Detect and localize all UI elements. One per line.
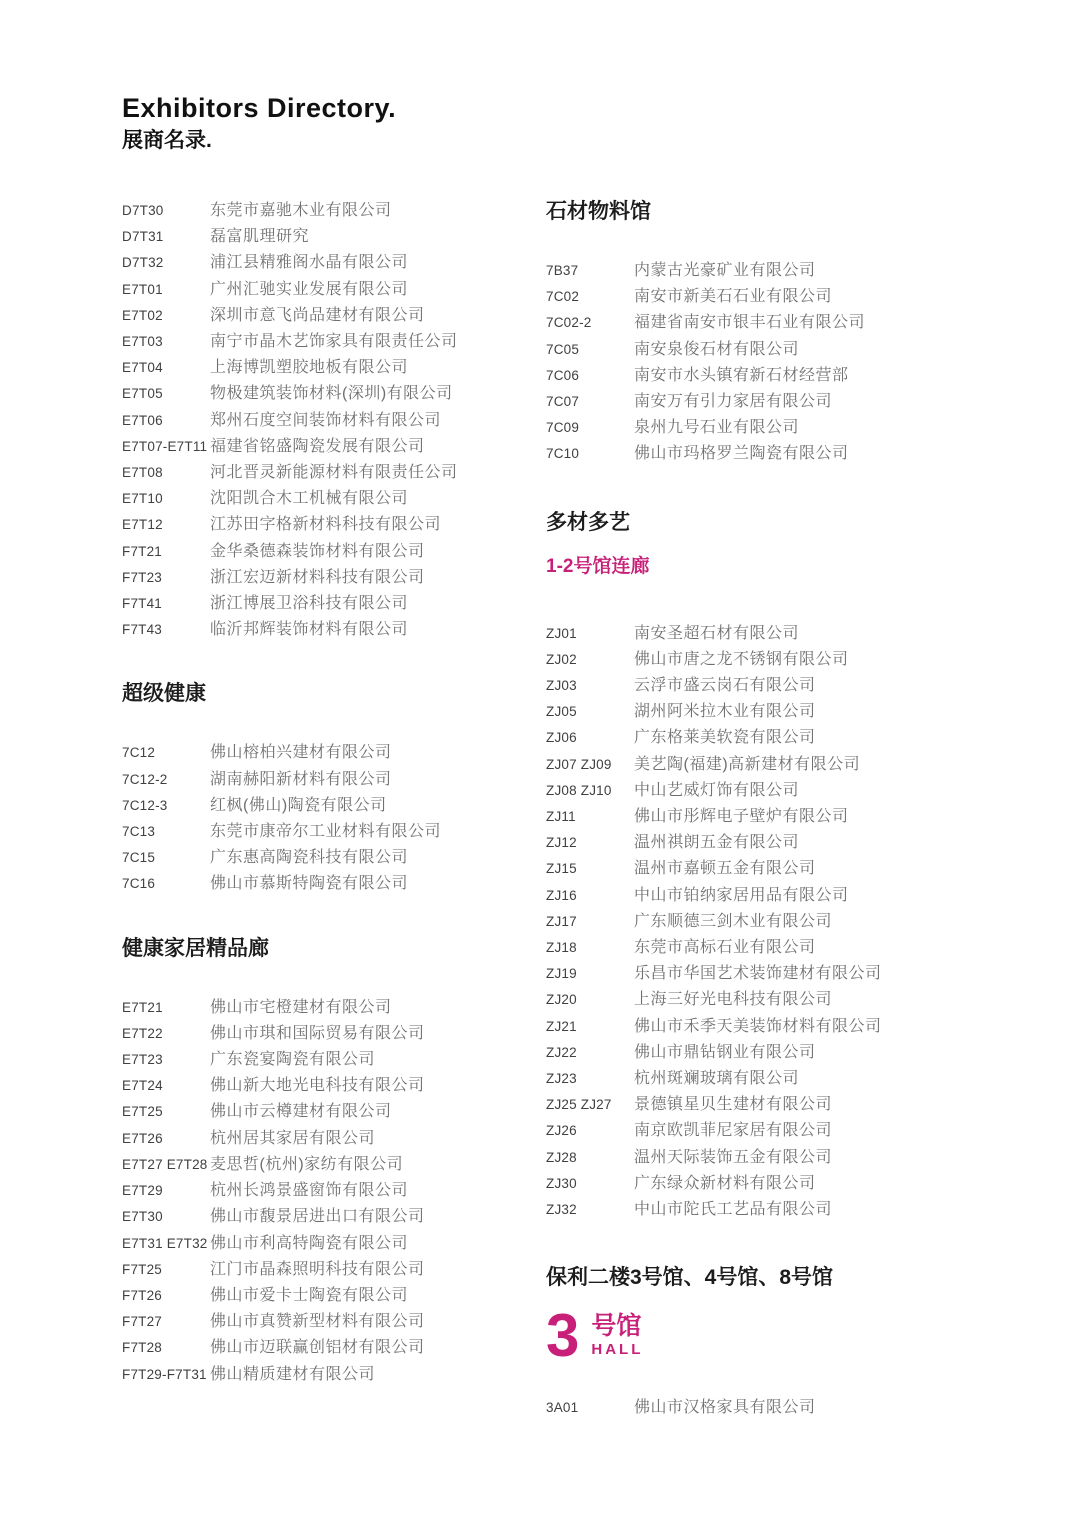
entry-row: ZJ07 ZJ09美艺陶(福建)高新建材有限公司 [546, 752, 1046, 778]
booth-code: ZJ15 [546, 856, 634, 882]
booth-code: E7T03 [122, 329, 210, 355]
directory-section: 健康家居精品廊E7T21佛山市宅橙建材有限公司E7T22佛山市琪和国际贸易有限公… [122, 934, 552, 1388]
company-name: 温州天际装饰五金有限公司 [634, 1145, 832, 1171]
company-name: 佛山市汉格家具有限公司 [634, 1395, 816, 1421]
entry-row: 7C16佛山市慕斯特陶瓷有限公司 [122, 871, 552, 897]
entry-row: E7T01广州汇驰实业发展有限公司 [122, 277, 552, 303]
booth-code: F7T41 [122, 591, 210, 617]
entry-row: ZJ15温州市嘉顿五金有限公司 [546, 856, 1046, 882]
booth-code: 7C10 [546, 441, 634, 467]
entry-row: ZJ16中山市铂纳家居用品有限公司 [546, 883, 1046, 909]
entry-row: ZJ19乐昌市华国艺术装饰建材有限公司 [546, 961, 1046, 987]
company-name: 南京欧凯菲尼家居有限公司 [634, 1118, 832, 1144]
company-name: 东莞市嘉驰木业有限公司 [210, 198, 392, 224]
left-sections: D7T30东莞市嘉驰木业有限公司D7T31磊富肌理研究D7T32浦江县精雅阁水晶… [122, 198, 552, 1388]
entry-row: E7T02深圳市意飞尚品建材有限公司 [122, 303, 552, 329]
company-name: 广东顺德三剑木业有限公司 [634, 909, 832, 935]
company-name: 南安市水头镇宥新石材经营部 [634, 363, 849, 389]
company-name: 佛山市宅橙建材有限公司 [210, 995, 392, 1021]
entry-row: E7T31 E7T32佛山市利高特陶瓷有限公司 [122, 1231, 552, 1257]
company-name: 南安市新美石石业有限公司 [634, 284, 832, 310]
entry-row: F7T29-F7T31佛山精质建材有限公司 [122, 1362, 552, 1388]
company-name: 佛山市真赞新型材料有限公司 [210, 1309, 425, 1335]
booth-code: 7B37 [546, 258, 634, 284]
entry-list: E7T21佛山市宅橙建材有限公司E7T22佛山市琪和国际贸易有限公司E7T23广… [122, 995, 552, 1388]
entry-row: 7C12-3红枫(佛山)陶瓷有限公司 [122, 793, 552, 819]
booth-code: ZJ01 [546, 621, 634, 647]
entry-row: ZJ23杭州斑斓玻璃有限公司 [546, 1066, 1046, 1092]
company-name: 内蒙古光豪矿业有限公司 [634, 258, 816, 284]
directory-section: 石材物料馆7B37内蒙古光豪矿业有限公司7C02南安市新美石石业有限公司7C02… [546, 197, 1046, 468]
entry-list: ZJ01南安圣超石材有限公司ZJ02佛山市唐之龙不锈钢有限公司ZJ03云浮市盛云… [546, 621, 1046, 1224]
booth-code: ZJ06 [546, 725, 634, 751]
entry-row: D7T30东莞市嘉驰木业有限公司 [122, 198, 552, 224]
booth-code: E7T27 E7T28 [122, 1152, 210, 1178]
booth-code: 7C05 [546, 337, 634, 363]
entry-list: 7C12佛山榕柏兴建材有限公司7C12-2湖南赫阳新材料有限公司7C12-3红枫… [122, 740, 552, 897]
entry-row: ZJ01南安圣超石材有限公司 [546, 621, 1046, 647]
booth-code: E7T23 [122, 1047, 210, 1073]
company-name: 佛山市慕斯特陶瓷有限公司 [210, 871, 408, 897]
company-name: 东莞市康帝尔工业材料有限公司 [210, 819, 441, 845]
booth-code: 7C02-2 [546, 310, 634, 336]
company-name: 杭州居其家居有限公司 [210, 1126, 375, 1152]
booth-code: ZJ30 [546, 1171, 634, 1197]
company-name: 云浮市盛云岗石有限公司 [634, 673, 816, 699]
company-name: 浙江博展卫浴科技有限公司 [210, 591, 408, 617]
left-column: Exhibitors Directory. 展商名录. D7T30东莞市嘉驰木业… [122, 92, 552, 1388]
company-name: 美艺陶(福建)高新建材有限公司 [634, 752, 860, 778]
company-name: 物极建筑装饰材料(深圳)有限公司 [210, 381, 453, 407]
entry-row: F7T28佛山市迈联赢创铝材有限公司 [122, 1335, 552, 1361]
booth-code: D7T31 [122, 224, 210, 250]
company-name: 温州祺朗五金有限公司 [634, 830, 799, 856]
right-column: 石材物料馆7B37内蒙古光豪矿业有限公司7C02南安市新美石石业有限公司7C02… [546, 92, 1046, 1422]
entry-row: ZJ26南京欧凯菲尼家居有限公司 [546, 1118, 1046, 1144]
booth-code: ZJ23 [546, 1066, 634, 1092]
company-name: 佛山市琪和国际贸易有限公司 [210, 1021, 425, 1047]
entry-row: E7T23广东瓷宴陶瓷有限公司 [122, 1047, 552, 1073]
entry-row: ZJ17广东顺德三剑木业有限公司 [546, 909, 1046, 935]
company-name: 金华桑德森装饰材料有限公司 [210, 539, 425, 565]
company-name: 磊富肌理研究 [210, 224, 309, 250]
company-name: 景德镇星贝生建材有限公司 [634, 1092, 832, 1118]
booth-code: 7C09 [546, 415, 634, 441]
entry-row: ZJ05湖州阿米拉木业有限公司 [546, 699, 1046, 725]
booth-code: 7C02 [546, 284, 634, 310]
company-name: 中山市陀氏工艺品有限公司 [634, 1197, 832, 1223]
directory-section: D7T30东莞市嘉驰木业有限公司D7T31磊富肌理研究D7T32浦江县精雅阁水晶… [122, 198, 552, 643]
entry-row: F7T25江门市晶森照明科技有限公司 [122, 1257, 552, 1283]
booth-code: F7T21 [122, 539, 210, 565]
entry-row: ZJ18东莞市高标石业有限公司 [546, 935, 1046, 961]
booth-code: ZJ17 [546, 909, 634, 935]
entry-row: E7T30佛山市馥景居进出口有限公司 [122, 1204, 552, 1230]
company-name: 浙江宏迈新材料科技有限公司 [210, 565, 425, 591]
right-sections: 石材物料馆7B37内蒙古光豪矿业有限公司7C02南安市新美石石业有限公司7C02… [546, 197, 1046, 1422]
company-name: 中山艺威灯饰有限公司 [634, 778, 799, 804]
company-name: 郑州石度空间装饰材料有限公司 [210, 408, 441, 434]
booth-code: ZJ08 ZJ10 [546, 778, 634, 804]
company-name: 佛山市禾季天美装饰材料有限公司 [634, 1014, 882, 1040]
company-name: 东莞市高标石业有限公司 [634, 935, 816, 961]
company-name: 佛山市彤辉电子壁炉有限公司 [634, 804, 849, 830]
booth-code: E7T26 [122, 1126, 210, 1152]
entry-row: ZJ30广东绿众新材料有限公司 [546, 1171, 1046, 1197]
entry-row: ZJ06广东格莱美软瓷有限公司 [546, 725, 1046, 751]
entry-row: E7T07-E7T11福建省铭盛陶瓷发展有限公司 [122, 434, 552, 460]
entry-row: E7T25佛山市云樽建材有限公司 [122, 1099, 552, 1125]
booth-code: ZJ16 [546, 883, 634, 909]
booth-code: E7T02 [122, 303, 210, 329]
booth-code: D7T32 [122, 250, 210, 276]
hall-badge: 3号馆HALL [546, 1310, 1046, 1362]
company-name: 佛山新大地光电科技有限公司 [210, 1073, 425, 1099]
company-name: 广东瓷宴陶瓷有限公司 [210, 1047, 375, 1073]
entry-row: 7C15广东惠高陶瓷科技有限公司 [122, 845, 552, 871]
booth-code: D7T30 [122, 198, 210, 224]
entry-row: ZJ32中山市陀氏工艺品有限公司 [546, 1197, 1046, 1223]
directory-section: 保利二楼3号馆、4号馆、8号馆3号馆HALL3A01佛山市汉格家具有限公司 [546, 1263, 1046, 1421]
entry-row: ZJ21佛山市禾季天美装饰材料有限公司 [546, 1014, 1046, 1040]
company-name: 湖州阿米拉木业有限公司 [634, 699, 816, 725]
entry-row: F7T26佛山市爱卡士陶瓷有限公司 [122, 1283, 552, 1309]
booth-code: F7T25 [122, 1257, 210, 1283]
booth-code: E7T29 [122, 1178, 210, 1204]
entry-row: E7T05物极建筑装饰材料(深圳)有限公司 [122, 381, 552, 407]
booth-code: E7T10 [122, 486, 210, 512]
company-name: 江苏田字格新材料科技有限公司 [210, 512, 441, 538]
company-name: 广东格莱美软瓷有限公司 [634, 725, 816, 751]
hall-sublabel: HALL [591, 1340, 643, 1360]
entry-row: D7T31磊富肌理研究 [122, 224, 552, 250]
booth-code: ZJ32 [546, 1197, 634, 1223]
section-title: 石材物料馆 [546, 197, 1046, 227]
company-name: 佛山精质建材有限公司 [210, 1362, 375, 1388]
page-header: Exhibitors Directory. 展商名录. [122, 92, 552, 156]
booth-code: ZJ19 [546, 961, 634, 987]
entry-row: E7T10沈阳凯合木工机械有限公司 [122, 486, 552, 512]
entry-row: ZJ08 ZJ10中山艺威灯饰有限公司 [546, 778, 1046, 804]
company-name: 广州汇驰实业发展有限公司 [210, 277, 408, 303]
company-name: 佛山市爱卡士陶瓷有限公司 [210, 1283, 408, 1309]
booth-code: E7T22 [122, 1021, 210, 1047]
booth-code: ZJ07 ZJ09 [546, 752, 634, 778]
entry-row: F7T27佛山市真赞新型材料有限公司 [122, 1309, 552, 1335]
entry-row: E7T12江苏田字格新材料科技有限公司 [122, 512, 552, 538]
booth-code: ZJ02 [546, 647, 634, 673]
booth-code: ZJ18 [546, 935, 634, 961]
entry-row: 7C09泉州九号石业有限公司 [546, 415, 1046, 441]
booth-code: ZJ11 [546, 804, 634, 830]
booth-code: F7T23 [122, 565, 210, 591]
company-name: 上海博凯塑胶地板有限公司 [210, 355, 408, 381]
booth-code: F7T27 [122, 1309, 210, 1335]
hall-badge-labels: 号馆HALL [591, 1310, 643, 1360]
company-name: 福建省铭盛陶瓷发展有限公司 [210, 434, 425, 460]
booth-code: E7T04 [122, 355, 210, 381]
booth-code: F7T43 [122, 617, 210, 643]
entry-row: 7C06南安市水头镇宥新石材经营部 [546, 363, 1046, 389]
entry-row: F7T21金华桑德森装饰材料有限公司 [122, 539, 552, 565]
booth-code: F7T26 [122, 1283, 210, 1309]
company-name: 临沂邦辉装饰材料有限公司 [210, 617, 408, 643]
booth-code: E7T08 [122, 460, 210, 486]
entry-row: F7T23浙江宏迈新材料科技有限公司 [122, 565, 552, 591]
company-name: 杭州斑斓玻璃有限公司 [634, 1066, 799, 1092]
company-name: 南安圣超石材有限公司 [634, 621, 799, 647]
booth-code: ZJ25 ZJ27 [546, 1092, 634, 1118]
company-name: 佛山榕柏兴建材有限公司 [210, 740, 392, 766]
company-name: 佛山市馥景居进出口有限公司 [210, 1204, 425, 1230]
company-name: 乐昌市华国艺术装饰建材有限公司 [634, 961, 882, 987]
entry-row: 7C13东莞市康帝尔工业材料有限公司 [122, 819, 552, 845]
entry-row: E7T26杭州居其家居有限公司 [122, 1126, 552, 1152]
booth-code: E7T30 [122, 1204, 210, 1230]
entry-row: 7C07南安万有引力家居有限公司 [546, 389, 1046, 415]
booth-code: 7C12-2 [122, 767, 210, 793]
company-name: 深圳市意飞尚品建材有限公司 [210, 303, 425, 329]
booth-code: 7C06 [546, 363, 634, 389]
entry-row: ZJ28温州天际装饰五金有限公司 [546, 1145, 1046, 1171]
booth-code: E7T05 [122, 381, 210, 407]
entry-row: E7T04上海博凯塑胶地板有限公司 [122, 355, 552, 381]
booth-code: 7C15 [122, 845, 210, 871]
booth-code: ZJ12 [546, 830, 634, 856]
company-name: 温州市嘉顿五金有限公司 [634, 856, 816, 882]
entry-row: 7C12-2湖南赫阳新材料有限公司 [122, 767, 552, 793]
entry-row: E7T03南宁市晶木艺饰家具有限责任公司 [122, 329, 552, 355]
booth-code: 7C12 [122, 740, 210, 766]
entry-row: 7C10佛山市玛格罗兰陶瓷有限公司 [546, 441, 1046, 467]
company-name: 广东惠高陶瓷科技有限公司 [210, 845, 408, 871]
directory-section: 多材多艺1-2号馆连廊ZJ01南安圣超石材有限公司ZJ02佛山市唐之龙不锈钢有限… [546, 508, 1046, 1224]
directory-section: 超级健康7C12佛山榕柏兴建材有限公司7C12-2湖南赫阳新材料有限公司7C12… [122, 679, 552, 897]
company-name: 泉州九号石业有限公司 [634, 415, 799, 441]
hall-label: 号馆 [591, 1312, 643, 1340]
section-title: 保利二楼3号馆、4号馆、8号馆 [546, 1263, 1046, 1293]
company-name: 上海三好光电科技有限公司 [634, 987, 832, 1013]
booth-code: E7T24 [122, 1073, 210, 1099]
company-name: 湖南赫阳新材料有限公司 [210, 767, 392, 793]
company-name: 麦思哲(杭州)家纺有限公司 [210, 1152, 403, 1178]
entry-row: E7T29杭州长鸿景盛窗饰有限公司 [122, 1178, 552, 1204]
booth-code: ZJ21 [546, 1014, 634, 1040]
entry-row: D7T32浦江县精雅阁水晶有限公司 [122, 250, 552, 276]
entry-row: ZJ03云浮市盛云岗石有限公司 [546, 673, 1046, 699]
company-name: 佛山市迈联赢创铝材有限公司 [210, 1335, 425, 1361]
entry-row: ZJ11佛山市彤辉电子壁炉有限公司 [546, 804, 1046, 830]
booth-code: ZJ28 [546, 1145, 634, 1171]
entry-row: ZJ22佛山市鼎钻钢业有限公司 [546, 1040, 1046, 1066]
booth-code: E7T31 E7T32 [122, 1231, 210, 1257]
entry-row: 7C12佛山榕柏兴建材有限公司 [122, 740, 552, 766]
company-name: 佛山市鼎钻钢业有限公司 [634, 1040, 816, 1066]
booth-code: 7C16 [122, 871, 210, 897]
company-name: 佛山市唐之龙不锈钢有限公司 [634, 647, 849, 673]
booth-code: F7T28 [122, 1335, 210, 1361]
company-name: 广东绿众新材料有限公司 [634, 1171, 816, 1197]
entry-row: F7T41浙江博展卫浴科技有限公司 [122, 591, 552, 617]
booth-code: ZJ26 [546, 1118, 634, 1144]
company-name: 红枫(佛山)陶瓷有限公司 [210, 793, 387, 819]
entry-row: E7T08河北晋灵新能源材料有限责任公司 [122, 460, 552, 486]
company-name: 沈阳凯合木工机械有限公司 [210, 486, 408, 512]
booth-code: ZJ05 [546, 699, 634, 725]
booth-code: E7T21 [122, 995, 210, 1021]
company-name: 福建省南安市银丰石业有限公司 [634, 310, 865, 336]
booth-code: ZJ03 [546, 673, 634, 699]
entry-row: 7C02-2福建省南安市银丰石业有限公司 [546, 310, 1046, 336]
entry-row: E7T21佛山市宅橙建材有限公司 [122, 995, 552, 1021]
entry-row: F7T43临沂邦辉装饰材料有限公司 [122, 617, 552, 643]
company-name: 河北晋灵新能源材料有限责任公司 [210, 460, 458, 486]
company-name: 江门市晶森照明科技有限公司 [210, 1257, 425, 1283]
entry-row: 7B37内蒙古光豪矿业有限公司 [546, 258, 1046, 284]
entry-list: 7B37内蒙古光豪矿业有限公司7C02南安市新美石石业有限公司7C02-2福建省… [546, 258, 1046, 468]
booth-code: ZJ22 [546, 1040, 634, 1066]
section-title: 健康家居精品廊 [122, 934, 552, 964]
company-name: 南宁市晶木艺饰家具有限责任公司 [210, 329, 458, 355]
company-name: 南安泉俊石材有限公司 [634, 337, 799, 363]
entry-row: E7T24佛山新大地光电科技有限公司 [122, 1073, 552, 1099]
entry-row: 7C02南安市新美石石业有限公司 [546, 284, 1046, 310]
booth-code: 7C13 [122, 819, 210, 845]
entry-list: 3A01佛山市汉格家具有限公司 [546, 1395, 1046, 1421]
booth-code: E7T01 [122, 277, 210, 303]
hall-number: 3 [546, 1310, 579, 1362]
booth-code: E7T06 [122, 408, 210, 434]
booth-code: E7T12 [122, 512, 210, 538]
company-name: 中山市铂纳家居用品有限公司 [634, 883, 849, 909]
page-title-en: Exhibitors Directory. [122, 92, 552, 124]
company-name: 佛山市云樽建材有限公司 [210, 1099, 392, 1125]
entry-row: ZJ25 ZJ27景德镇星贝生建材有限公司 [546, 1092, 1046, 1118]
entry-list: D7T30东莞市嘉驰木业有限公司D7T31磊富肌理研究D7T32浦江县精雅阁水晶… [122, 198, 552, 643]
company-name: 佛山市玛格罗兰陶瓷有限公司 [634, 441, 849, 467]
entry-row: E7T22佛山市琪和国际贸易有限公司 [122, 1021, 552, 1047]
entry-row: E7T27 E7T28麦思哲(杭州)家纺有限公司 [122, 1152, 552, 1178]
booth-code: E7T07-E7T11 [122, 434, 210, 460]
booth-code: 3A01 [546, 1395, 634, 1421]
booth-code: 7C12-3 [122, 793, 210, 819]
entry-row: 7C05南安泉俊石材有限公司 [546, 337, 1046, 363]
section-title: 超级健康 [122, 679, 552, 709]
section-subtitle: 1-2号馆连廊 [546, 554, 1046, 580]
entry-row: 3A01佛山市汉格家具有限公司 [546, 1395, 1046, 1421]
booth-code: ZJ20 [546, 987, 634, 1013]
company-name: 南安万有引力家居有限公司 [634, 389, 832, 415]
booth-code: E7T25 [122, 1099, 210, 1125]
section-title: 多材多艺 [546, 508, 1046, 538]
company-name: 浦江县精雅阁水晶有限公司 [210, 250, 408, 276]
booth-code: 7C07 [546, 389, 634, 415]
entry-row: ZJ20上海三好光电科技有限公司 [546, 987, 1046, 1013]
entry-row: ZJ12温州祺朗五金有限公司 [546, 830, 1046, 856]
entry-row: ZJ02佛山市唐之龙不锈钢有限公司 [546, 647, 1046, 673]
company-name: 杭州长鸿景盛窗饰有限公司 [210, 1178, 408, 1204]
exhibitors-directory-page: Exhibitors Directory. 展商名录. D7T30东莞市嘉驰木业… [0, 0, 1080, 1524]
company-name: 佛山市利高特陶瓷有限公司 [210, 1231, 408, 1257]
entry-row: E7T06郑州石度空间装饰材料有限公司 [122, 408, 552, 434]
page-title-zh: 展商名录. [122, 126, 552, 156]
booth-code: F7T29-F7T31 [122, 1362, 210, 1388]
